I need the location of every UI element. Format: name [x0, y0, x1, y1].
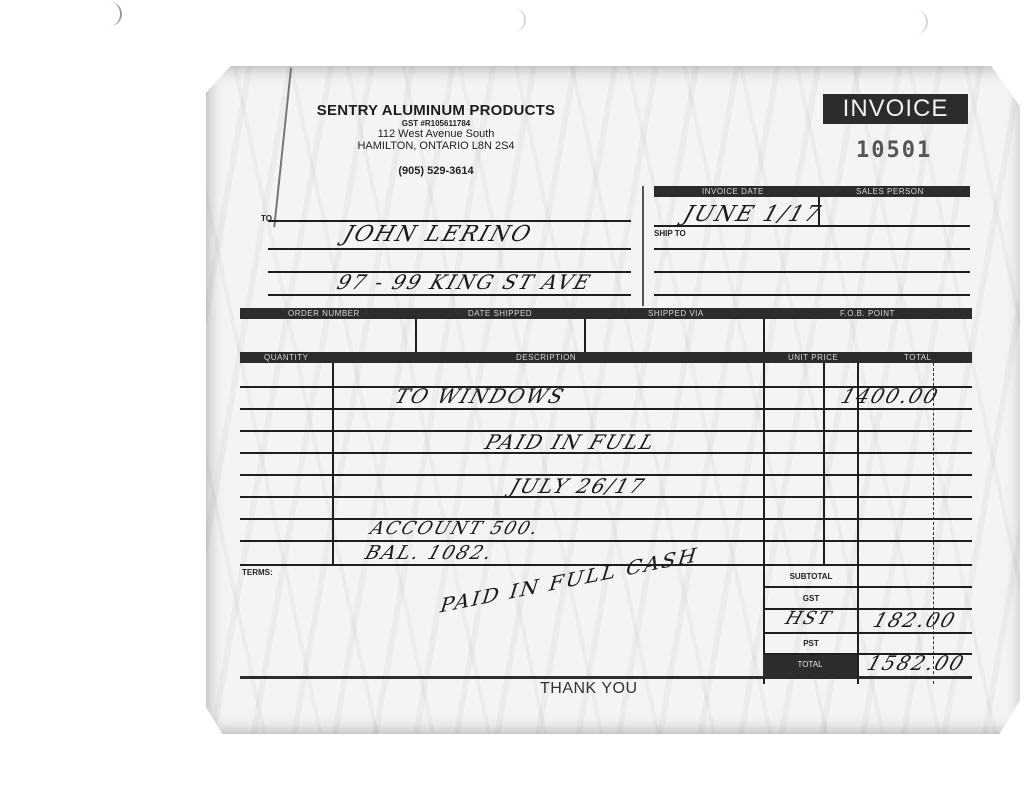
col-divider-total: [857, 363, 859, 684]
date-salesperson-divider: [818, 197, 820, 225]
totals-line: [763, 632, 972, 634]
line-item-4-description[interactable]: ACCOUNT 500.: [368, 518, 543, 539]
ship-to-line-1: [654, 225, 970, 227]
col-total: TOTAL: [904, 352, 932, 363]
invoice-number: 10501: [856, 138, 932, 163]
total-value[interactable]: 1582.00: [864, 651, 969, 675]
order-col-divider-1: [415, 319, 417, 352]
line-item-3-description[interactable]: JULY 26/17: [507, 474, 649, 498]
punch-hole-mark: [104, 2, 122, 26]
ship-to-line-3: [654, 271, 970, 273]
total-label: TOTAL: [763, 655, 857, 676]
fold-crease: [273, 68, 292, 227]
col-divider-desc: [763, 363, 765, 684]
row-line: [240, 518, 972, 520]
to-line-4: [268, 294, 631, 296]
fob-point-label: F.O.B. POINT: [840, 308, 895, 319]
footer-rule: [240, 676, 972, 679]
invoice-date-bar: INVOICE DATE SALES PERSON: [654, 186, 970, 197]
totals-line: [763, 586, 972, 588]
ship-to-label: SHIP TO: [654, 229, 686, 238]
col-divider-qty: [332, 363, 334, 564]
col-unit-price: UNIT PRICE: [788, 352, 838, 363]
order-col-divider-3: [763, 319, 765, 352]
ship-to-line-2: [654, 248, 970, 250]
fold-divider: [642, 186, 644, 306]
thank-you-text: THANK YOU: [540, 680, 638, 698]
order-number-label: ORDER NUMBER: [288, 308, 360, 319]
col-divider-unit: [823, 363, 825, 564]
line-item-1-total[interactable]: 1400.00: [838, 384, 943, 408]
order-col-divider-2: [584, 319, 586, 352]
line-item-1-description[interactable]: TO WINDOWS: [392, 384, 569, 408]
company-address-line1: 112 West Avenue South: [316, 128, 556, 140]
company-name: SENTRY ALUMINUM PRODUCTS: [316, 102, 556, 119]
col-quantity: QUANTITY: [264, 352, 308, 363]
gst-label: GST: [764, 594, 858, 603]
ship-to-line-4: [654, 294, 970, 296]
line-item-5-description[interactable]: BAL. 1082.: [362, 542, 496, 564]
hst-label[interactable]: HST: [783, 608, 836, 629]
terms-label: TERMS:: [242, 568, 273, 577]
invoice-date-value[interactable]: JUNE 1/17: [680, 202, 825, 227]
invoice-document: SENTRY ALUMINUM PRODUCTS GST #R105611784…: [206, 66, 1024, 734]
subtotal-label: SUBTOTAL: [764, 572, 858, 581]
company-header: SENTRY ALUMINUM PRODUCTS GST #R105611784…: [316, 102, 556, 177]
items-header-bar: QUANTITY DESCRIPTION UNIT PRICE TOTAL: [240, 352, 972, 363]
company-phone: (905) 529-3614: [316, 165, 556, 177]
company-address-line2: HAMILTON, ONTARIO L8N 2S4: [316, 140, 556, 152]
pst-label: PST: [764, 639, 858, 648]
hst-value[interactable]: 182.00: [870, 608, 960, 632]
to-line-2: [268, 248, 631, 250]
cents-divider: [933, 363, 934, 684]
order-info-bar: ORDER NUMBER DATE SHIPPED SHIPPED VIA F.…: [240, 308, 972, 319]
date-shipped-label: DATE SHIPPED: [468, 308, 532, 319]
col-description: DESCRIPTION: [516, 352, 576, 363]
to-label: TO: [261, 214, 272, 223]
shipped-via-label: SHIPPED VIA: [648, 308, 704, 319]
invoice-date-label: INVOICE DATE: [702, 186, 764, 197]
sales-person-label: SALES PERSON: [856, 186, 924, 197]
line-item-2-description[interactable]: PAID IN FULL: [482, 430, 659, 454]
company-gst: GST #R105611784: [316, 119, 556, 128]
row-line: [240, 408, 972, 410]
punch-hole-mark: [910, 10, 928, 34]
row-line: [240, 540, 972, 542]
to-address[interactable]: 97 - 99 KING ST AVE: [334, 270, 595, 294]
punch-hole-mark: [508, 8, 526, 32]
invoice-title: INVOICE: [823, 94, 968, 124]
to-name[interactable]: JOHN LERINO: [340, 222, 536, 247]
